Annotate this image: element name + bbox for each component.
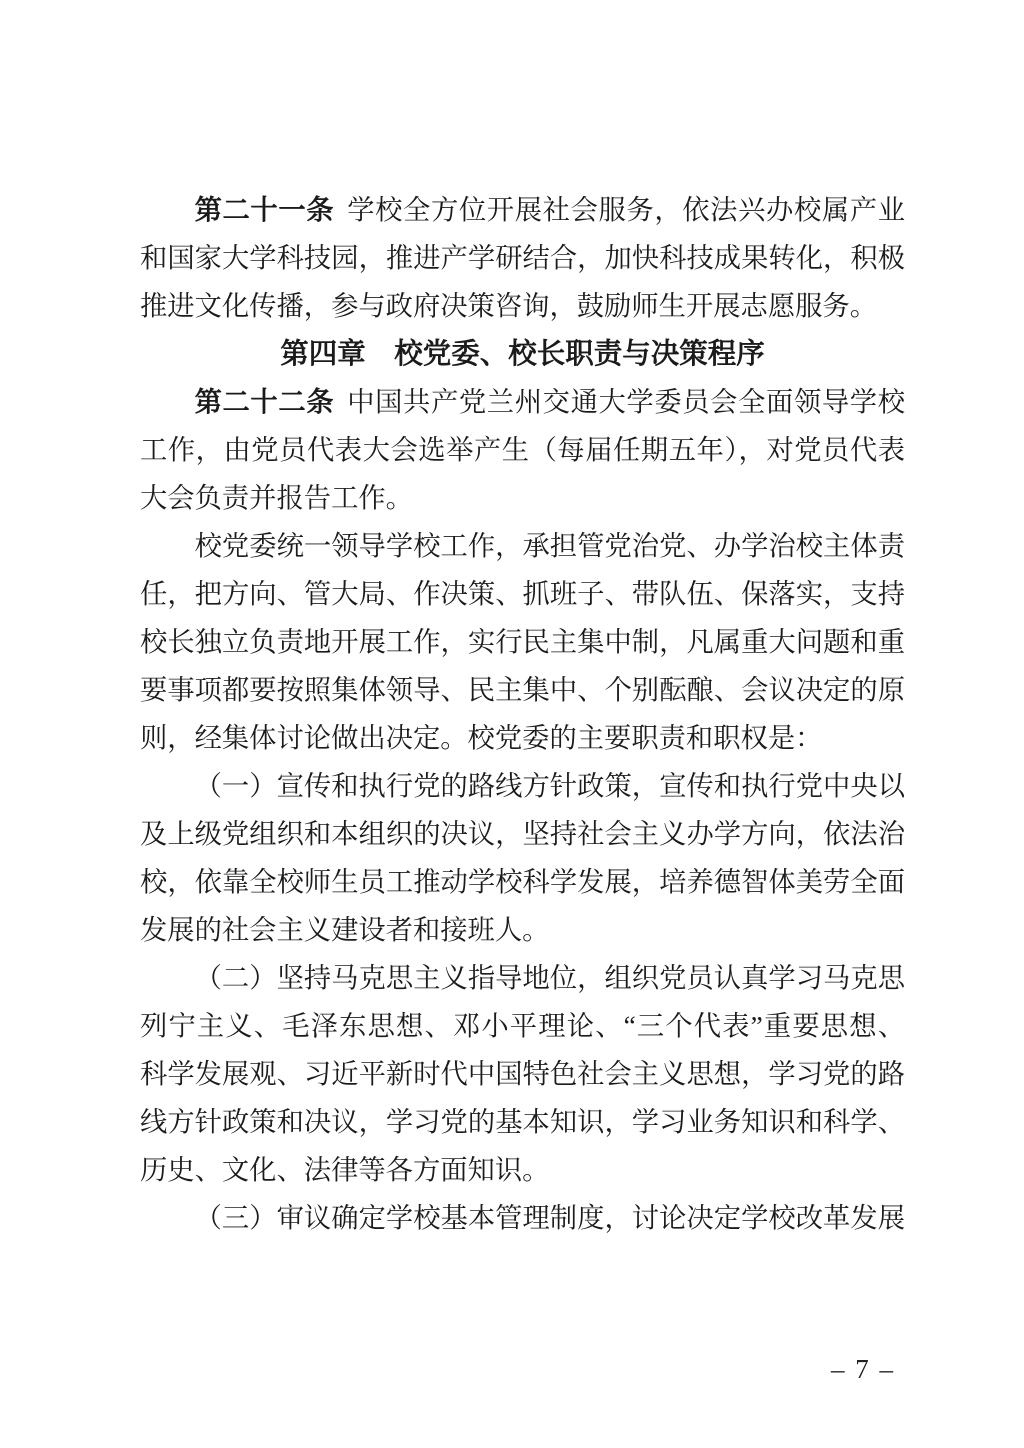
document-body: 第二十一条学校全方位开展社会服务，依法兴办校属产业 和国家大学科技园，推进产学研… [140, 186, 905, 1242]
text-line: 大会负责并报告工作。 [140, 474, 905, 522]
text-line: 要事项都要按照集体领导、民主集中、个别酝酿、会议决定的原 [140, 666, 905, 714]
text-line: （三）审议确定学校基本管理制度，讨论决定学校改革发展 [140, 1194, 905, 1242]
text-line: 线方针政策和决议，学习党的基本知识，学习业务知识和科学、 [140, 1098, 905, 1146]
page-number: – 7 – [831, 1352, 895, 1386]
text-line: 推进文化传播，参与政府决策咨询，鼓励师生开展志愿服务。 [140, 282, 905, 330]
text-line: 校长独立负责地开展工作，实行民主集中制，凡属重大问题和重 [140, 618, 905, 666]
text-line: 历史、文化、法律等各方面知识。 [140, 1146, 905, 1194]
document-page: 第二十一条学校全方位开展社会服务，依法兴办校属产业 和国家大学科技园，推进产学研… [0, 0, 1024, 1448]
article-number: 第二十二条 [195, 386, 335, 417]
text-line: 列宁主义、毛泽东思想、邓小平理论、“三个代表”重要思想、 [140, 1002, 905, 1050]
text-line: 及上级党组织和本组织的决议，坚持社会主义办学方向，依法治 [140, 810, 905, 858]
chapter-heading: 第四章 校党委、校长职责与决策程序 [140, 330, 905, 378]
text-line: 科学发展观、习近平新时代中国特色社会主义思想，学习党的路 [140, 1050, 905, 1098]
text-line: （二）坚持马克思主义指导地位，组织党员认真学习马克思 [140, 954, 905, 1002]
article-number: 第二十一条 [195, 194, 335, 225]
text-line: 校，依靠全校师生员工推动学校科学发展，培养德智体美劳全面 [140, 858, 905, 906]
text-line-content: 中国共产党兰州交通大学委员会全面领导学校 [347, 387, 905, 417]
text-line: 第二十一条学校全方位开展社会服务，依法兴办校属产业 [140, 186, 905, 234]
text-line: 工作，由党员代表大会选举产生（每届任期五年），对党员代表 [140, 426, 905, 474]
text-line: 任，把方向、管大局、作决策、抓班子、带队伍、保落实，支持 [140, 570, 905, 618]
text-line: 校党委统一领导学校工作，承担管党治党、办学治校主体责 [140, 522, 905, 570]
text-line-content: 学校全方位开展社会服务，依法兴办校属产业 [347, 195, 905, 225]
text-line: 第二十二条中国共产党兰州交通大学委员会全面领导学校 [140, 378, 905, 426]
text-line: （一）宣传和执行党的路线方针政策，宣传和执行党中央以 [140, 762, 905, 810]
text-line: 和国家大学科技园，推进产学研结合，加快科技成果转化，积极 [140, 234, 905, 282]
text-line: 则，经集体讨论做出决定。校党委的主要职责和职权是： [140, 714, 905, 762]
text-line: 发展的社会主义建设者和接班人。 [140, 906, 905, 954]
